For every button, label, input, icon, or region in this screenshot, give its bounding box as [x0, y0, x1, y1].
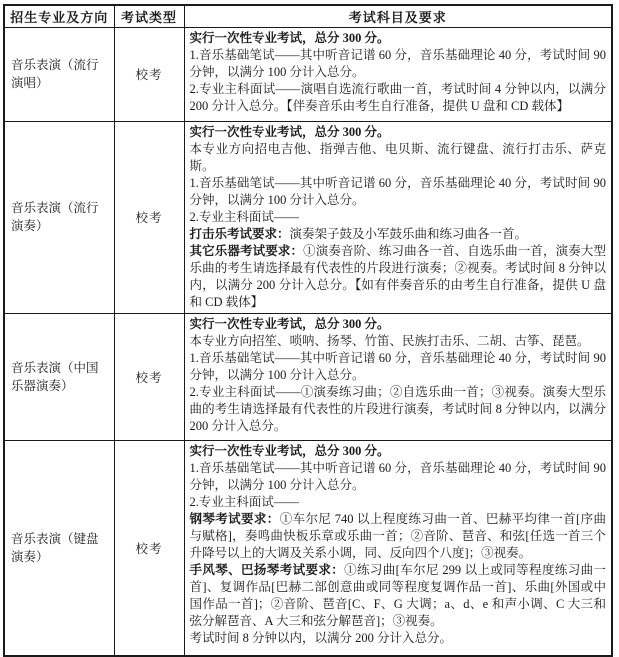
- requirement-bold: 实行一次性专业考试，总分 300 分。: [190, 317, 390, 331]
- requirement-line: 钢琴考试要求：①车尔尼 740 以上程度练习曲一首、巴赫平均律一首[序曲与赋格]…: [190, 511, 607, 562]
- requirement-text: 1.音乐基础笔试——其中听音记谱 60 分，音乐基础理论 40 分，考试时间 9…: [190, 351, 607, 382]
- column-header-exam-type: 考试类型: [114, 5, 184, 27]
- requirement-bold: 钢琴考试要求：: [190, 512, 280, 526]
- table-row-pop-vocal: 音乐表演（流行演唱） 校考 实行一次性专业考试，总分 300 分。 1.音乐基础…: [4, 27, 612, 121]
- requirement-bold: 实行一次性专业考试，总分 300 分。: [190, 125, 390, 139]
- requirement-line: 2.专业主科面试——演唱自选流行歌曲一首，考试时间 4 分钟以内，以满分 200…: [190, 81, 607, 115]
- requirement-text: 2.专业主科面试——: [190, 495, 299, 509]
- major-cell: 音乐表演（键盘演奏）: [4, 440, 114, 622]
- exam-type-cell: 校考: [114, 27, 184, 121]
- exam-type-cell: 校考: [114, 440, 184, 622]
- requirement-line: 1.音乐基础笔试——其中听音记谱 60 分，音乐基础理论 40 分，考试时间 9…: [190, 175, 607, 209]
- major-label: 音乐表演（中国乐器演奏）: [11, 359, 108, 395]
- requirements-cell: 实行一次性专业考试，总分 300 分。 本专业方向招笙、唢呐、扬琴、竹笛、民族打…: [184, 313, 612, 440]
- requirement-bold: 实行一次性专业考试，总分 300 分。: [190, 31, 390, 45]
- requirement-line: 实行一次性专业考试，总分 300 分。: [190, 124, 607, 141]
- requirement-text: 2.专业主科面试——演唱自选流行歌曲一首，考试时间 4 分钟以内，以满分 200…: [190, 82, 607, 113]
- requirement-text: 本专业方向招笙、唢呐、扬琴、竹笛、民族打击乐、二胡、古筝、琵琶。: [190, 334, 590, 348]
- major-cell: 音乐表演（流行演奏）: [4, 121, 114, 313]
- requirement-line: 实行一次性专业考试，总分 300 分。: [190, 316, 607, 333]
- requirement-text: 演奏架子鼓及小军鼓乐曲和练习曲各一首。: [290, 227, 528, 241]
- requirement-text: 本专业方向招电吉他、指弹吉他、电贝斯、流行键盘、流行打击乐、萨克斯。: [190, 142, 607, 173]
- requirement-bold: 其它乐器考试要求：: [190, 244, 304, 258]
- requirement-text: 2.专业主科面试——: [190, 210, 299, 224]
- major-cell: 音乐表演（流行演唱）: [4, 27, 114, 121]
- major-cell: 音乐表演（中国乐器演奏）: [4, 313, 114, 440]
- requirement-line: 1.音乐基础笔试——其中听音记谱 60 分，音乐基础理论 40 分，考试时间 9…: [190, 47, 607, 81]
- requirement-line: 1.音乐基础笔试——其中听音记谱 60 分，音乐基础理论 40 分，考试时间 9…: [190, 350, 607, 384]
- requirement-line: 1.音乐基础笔试——其中听音记谱 60 分，音乐基础理论 40 分，考试时间 9…: [190, 460, 607, 494]
- requirement-line: 实行一次性专业考试，总分 300 分。: [190, 443, 607, 460]
- requirement-text: 1.音乐基础笔试——其中听音记谱 60 分，音乐基础理论 40 分，考试时间 9…: [190, 176, 607, 207]
- table-row-pop-instrument: 音乐表演（流行演奏） 校考 实行一次性专业考试，总分 300 分。 本专业方向招…: [4, 121, 612, 313]
- requirement-bold: 实行一次性专业考试，总分 300 分。: [190, 444, 390, 458]
- requirement-text: 2.专业主科面试——①演奏练习曲；②自选乐曲一首；③视奏。演奏大型乐曲的考生请选…: [190, 385, 607, 433]
- requirements-cell: 实行一次性专业考试，总分 300 分。 1.音乐基础笔试——其中听音记谱 60 …: [184, 27, 612, 121]
- major-label: 音乐表演（键盘演奏）: [11, 530, 108, 566]
- exam-type-label: 校考: [135, 211, 162, 225]
- exam-type-label: 校考: [135, 542, 162, 556]
- requirement-line: 2.专业主科面试——: [190, 494, 607, 511]
- column-header-major: 招生专业及方向: [4, 5, 114, 27]
- requirement-text: 1.音乐基础笔试——其中听音记谱 60 分，音乐基础理论 40 分，考试时间 9…: [190, 461, 607, 492]
- table-row-chinese-instrument: 音乐表演（中国乐器演奏） 校考 实行一次性专业考试，总分 300 分。 本专业方…: [4, 313, 612, 440]
- requirement-text: 1.音乐基础笔试——其中听音记谱 60 分，音乐基础理论 40 分，考试时间 9…: [190, 48, 607, 79]
- exam-type-label: 校考: [135, 68, 162, 82]
- exam-type-label: 校考: [135, 371, 162, 385]
- header-row: 招生专业及方向 考试类型 考试科目及要求: [4, 5, 612, 27]
- requirement-bold: 手风琴、巴扬琴考试要求：: [190, 563, 345, 577]
- requirement-line: 2.专业主科面试——①演奏练习曲；②自选乐曲一首；③视奏。演奏大型乐曲的考生请选…: [190, 384, 607, 435]
- exam-type-cell: 校考: [114, 313, 184, 440]
- column-header-subjects: 考试科目及要求: [184, 5, 612, 27]
- requirement-line: 2.专业主科面试——: [190, 209, 607, 226]
- requirement-bold: 打击乐考试要求：: [190, 227, 290, 241]
- requirements-cell: 实行一次性专业考试，总分 300 分。 本专业方向招电吉他、指弹吉他、电贝斯、流…: [184, 121, 612, 313]
- requirement-line: 手风琴、巴扬琴考试要求：①练习曲[车尔尼 299 以上或同等程度练习曲一首]、复…: [190, 562, 607, 623]
- table-row-keyboard: 音乐表演（键盘演奏） 校考 实行一次性专业考试，总分 300 分。 1.音乐基础…: [4, 440, 612, 622]
- requirement-line: 打击乐考试要求：演奏架子鼓及小军鼓乐曲和练习曲各一首。: [190, 226, 607, 243]
- major-label: 音乐表演（流行演奏）: [11, 199, 108, 235]
- requirement-line: 本专业方向招笙、唢呐、扬琴、竹笛、民族打击乐、二胡、古筝、琵琶。: [190, 333, 607, 350]
- requirement-line: 其它乐器考试要求：①演奏音阶、练习曲各一首、自选乐曲一首，演奏大型乐曲的考生请选…: [190, 243, 607, 311]
- requirement-line: 本专业方向招电吉他、指弹吉他、电贝斯、流行键盘、流行打击乐、萨克斯。: [190, 141, 607, 175]
- requirement-line: 实行一次性专业考试，总分 300 分。: [190, 30, 607, 47]
- major-label: 音乐表演（流行演唱）: [11, 56, 108, 92]
- requirements-cell: 实行一次性专业考试，总分 300 分。 1.音乐基础笔试——其中听音记谱 60 …: [184, 440, 612, 622]
- exam-type-cell: 校考: [114, 121, 184, 313]
- exam-requirements-table: 招生专业及方向 考试类型 考试科目及要求 音乐表演（流行演唱） 校考 实行一次性…: [3, 4, 613, 622]
